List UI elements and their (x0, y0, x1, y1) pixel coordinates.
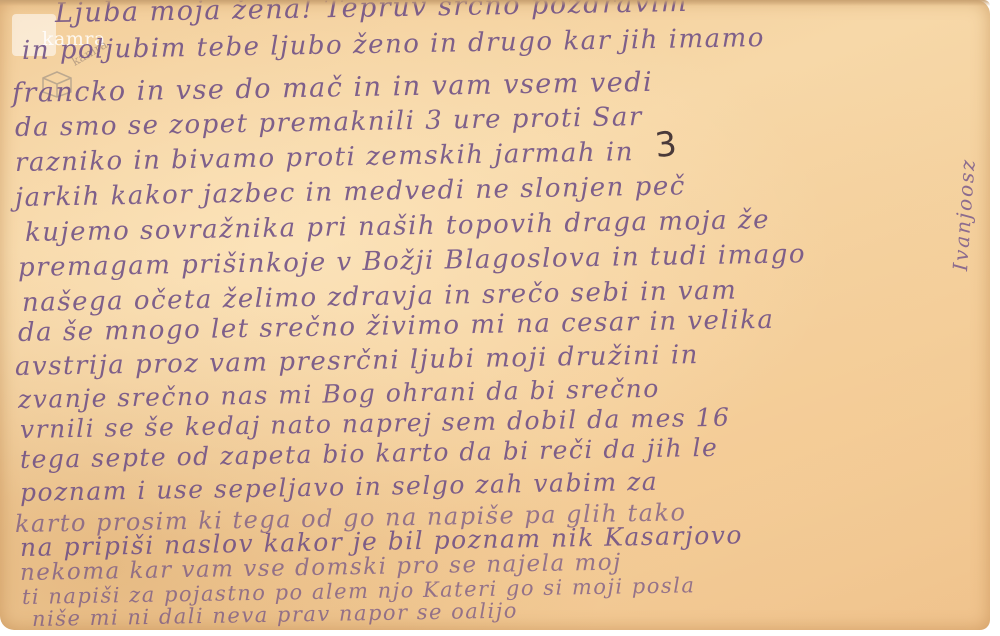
text-line: Ljuba moja žena! Tepruv srčno pozdravim (55, 0, 689, 29)
text-line: da smo se zopet premaknili 3 ure proti S… (15, 102, 643, 143)
text-line: in poljubim tebe ljubo ženo in drugo kar… (22, 23, 765, 66)
handwritten-text: Ljuba moja žena! Tepruv srčno pozdravim … (0, 0, 990, 630)
text-line: razniko in bivamo proti zemskih jarmah i… (15, 137, 634, 178)
text-line: jarkih kakor jazbec in medvedi ne slonje… (15, 171, 686, 213)
page-number: 3 (653, 124, 679, 166)
postcard: kamra kamra Ljuba moja žena! Tepruv srčn… (0, 0, 990, 630)
